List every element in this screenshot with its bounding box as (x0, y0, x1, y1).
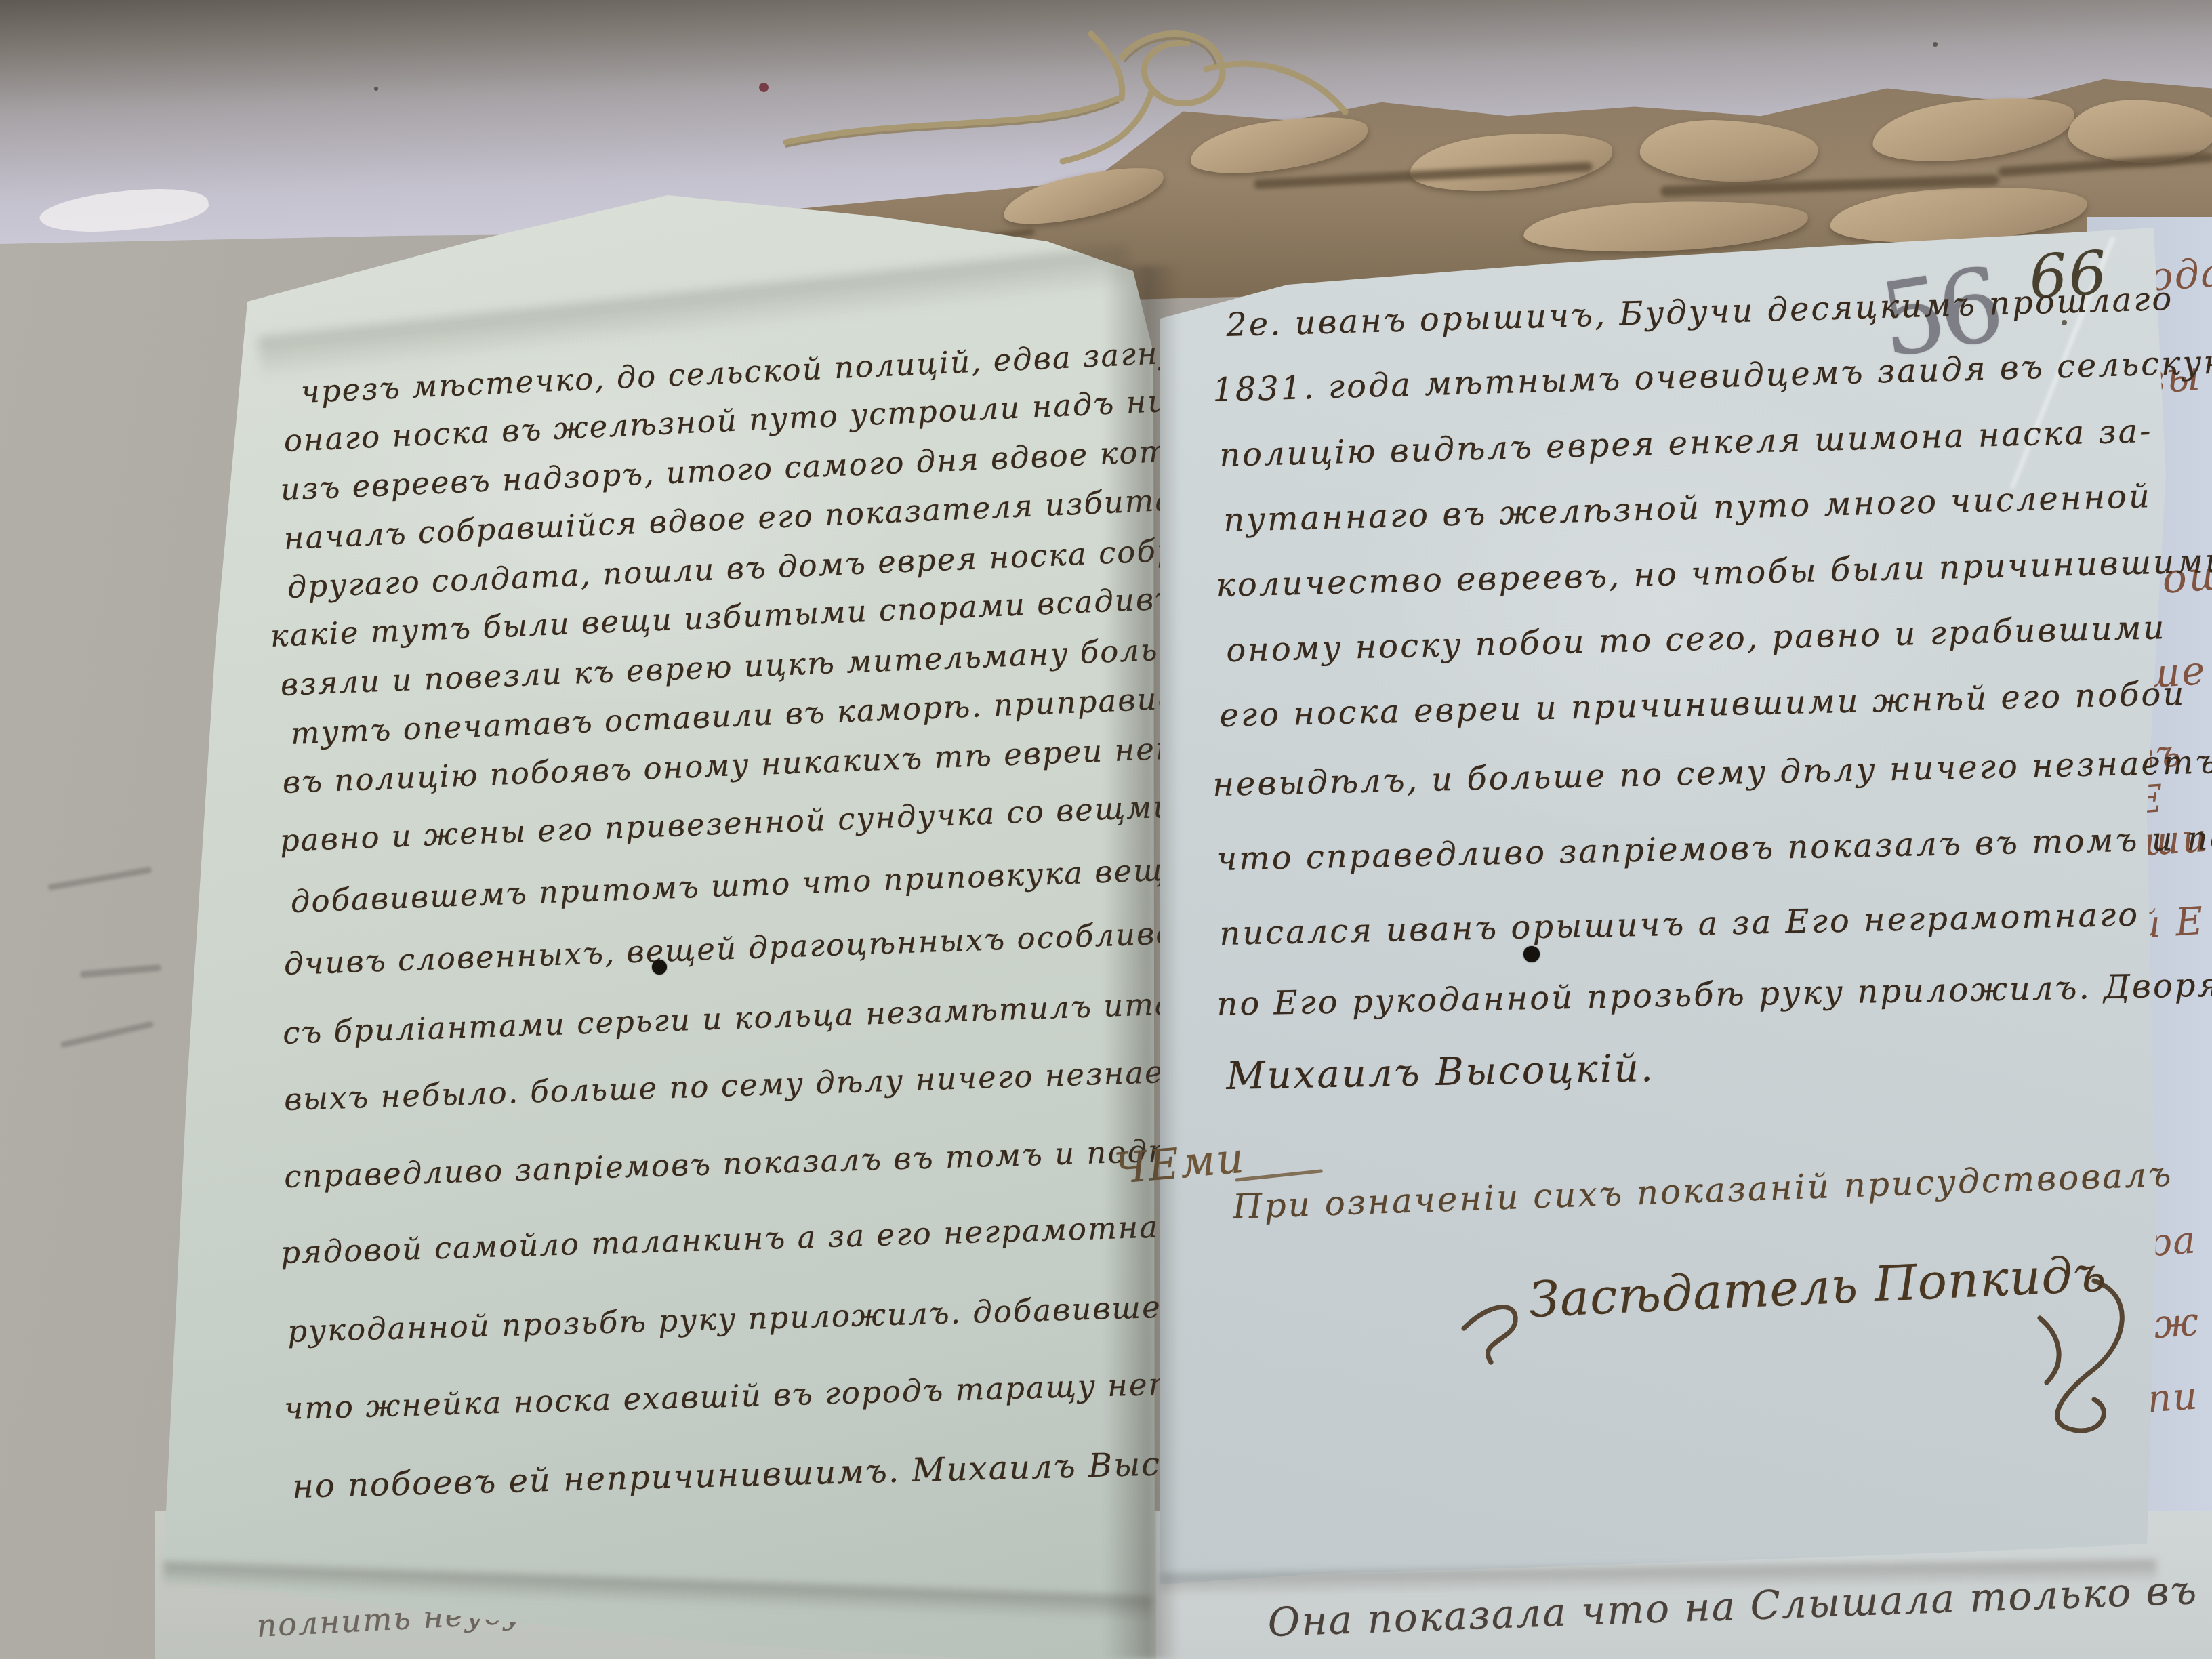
dust-speck (374, 87, 378, 91)
ink-blot (1523, 946, 1540, 962)
binding-twine (773, 14, 1423, 197)
torn-paper-sliver (37, 181, 210, 241)
dust-speck (1933, 42, 1938, 47)
manuscript-line: Михаилъ Высоцкій. (1226, 1046, 1655, 1099)
signature-flourish (1450, 1254, 2169, 1471)
ink-blot (652, 960, 667, 975)
photo-of-archival-manuscript: года вы пош ше въ Е ши й Е ра ж пи зы Сл… (0, 0, 2212, 1659)
dust-speck (759, 83, 769, 92)
